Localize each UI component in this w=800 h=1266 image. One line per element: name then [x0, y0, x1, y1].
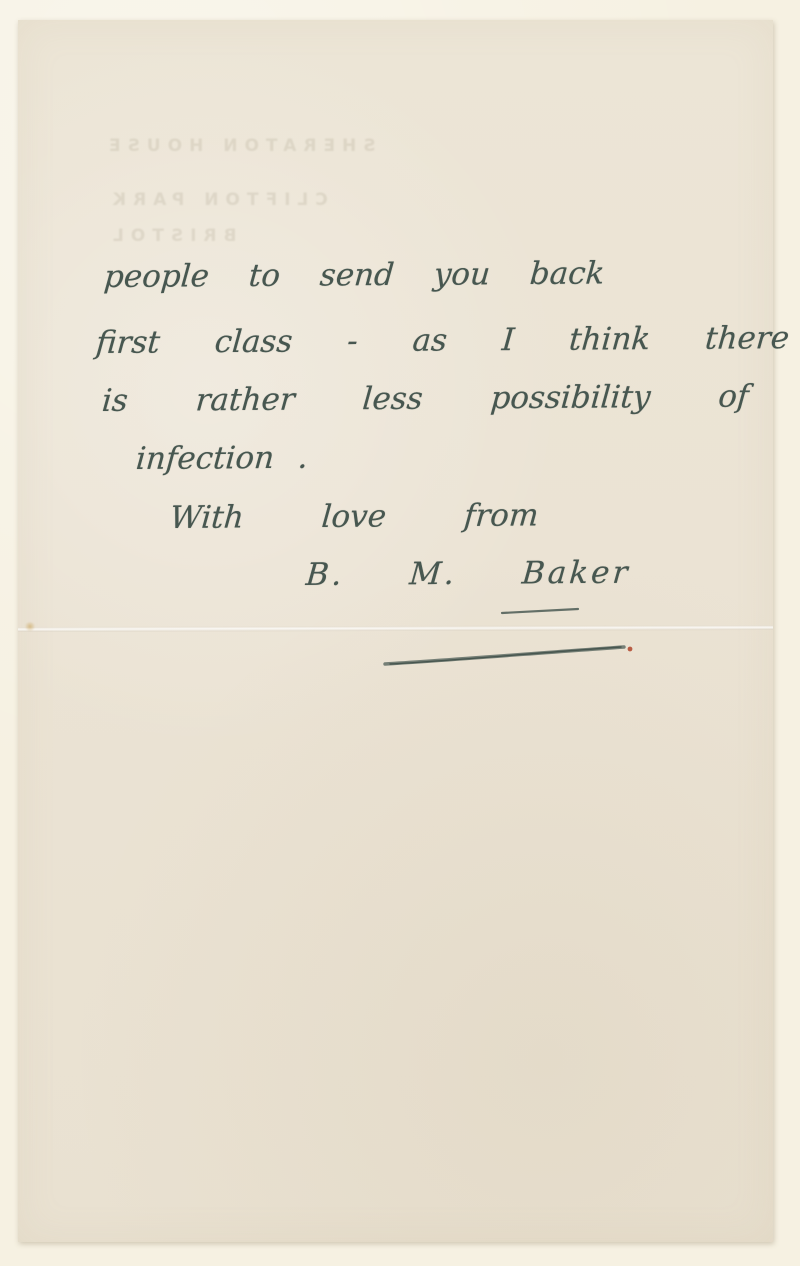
red-ink-dot	[628, 647, 633, 652]
pen-flourish-core	[390, 647, 621, 664]
letter-paper: SHERATON HOUSE CLIFTON PARK BRISTOL peop…	[18, 20, 773, 1242]
scan-background: SHERATON HOUSE CLIFTON PARK BRISTOL peop…	[0, 0, 800, 1266]
ink-marks-overlay	[18, 20, 773, 1242]
signature-underline	[502, 609, 578, 613]
